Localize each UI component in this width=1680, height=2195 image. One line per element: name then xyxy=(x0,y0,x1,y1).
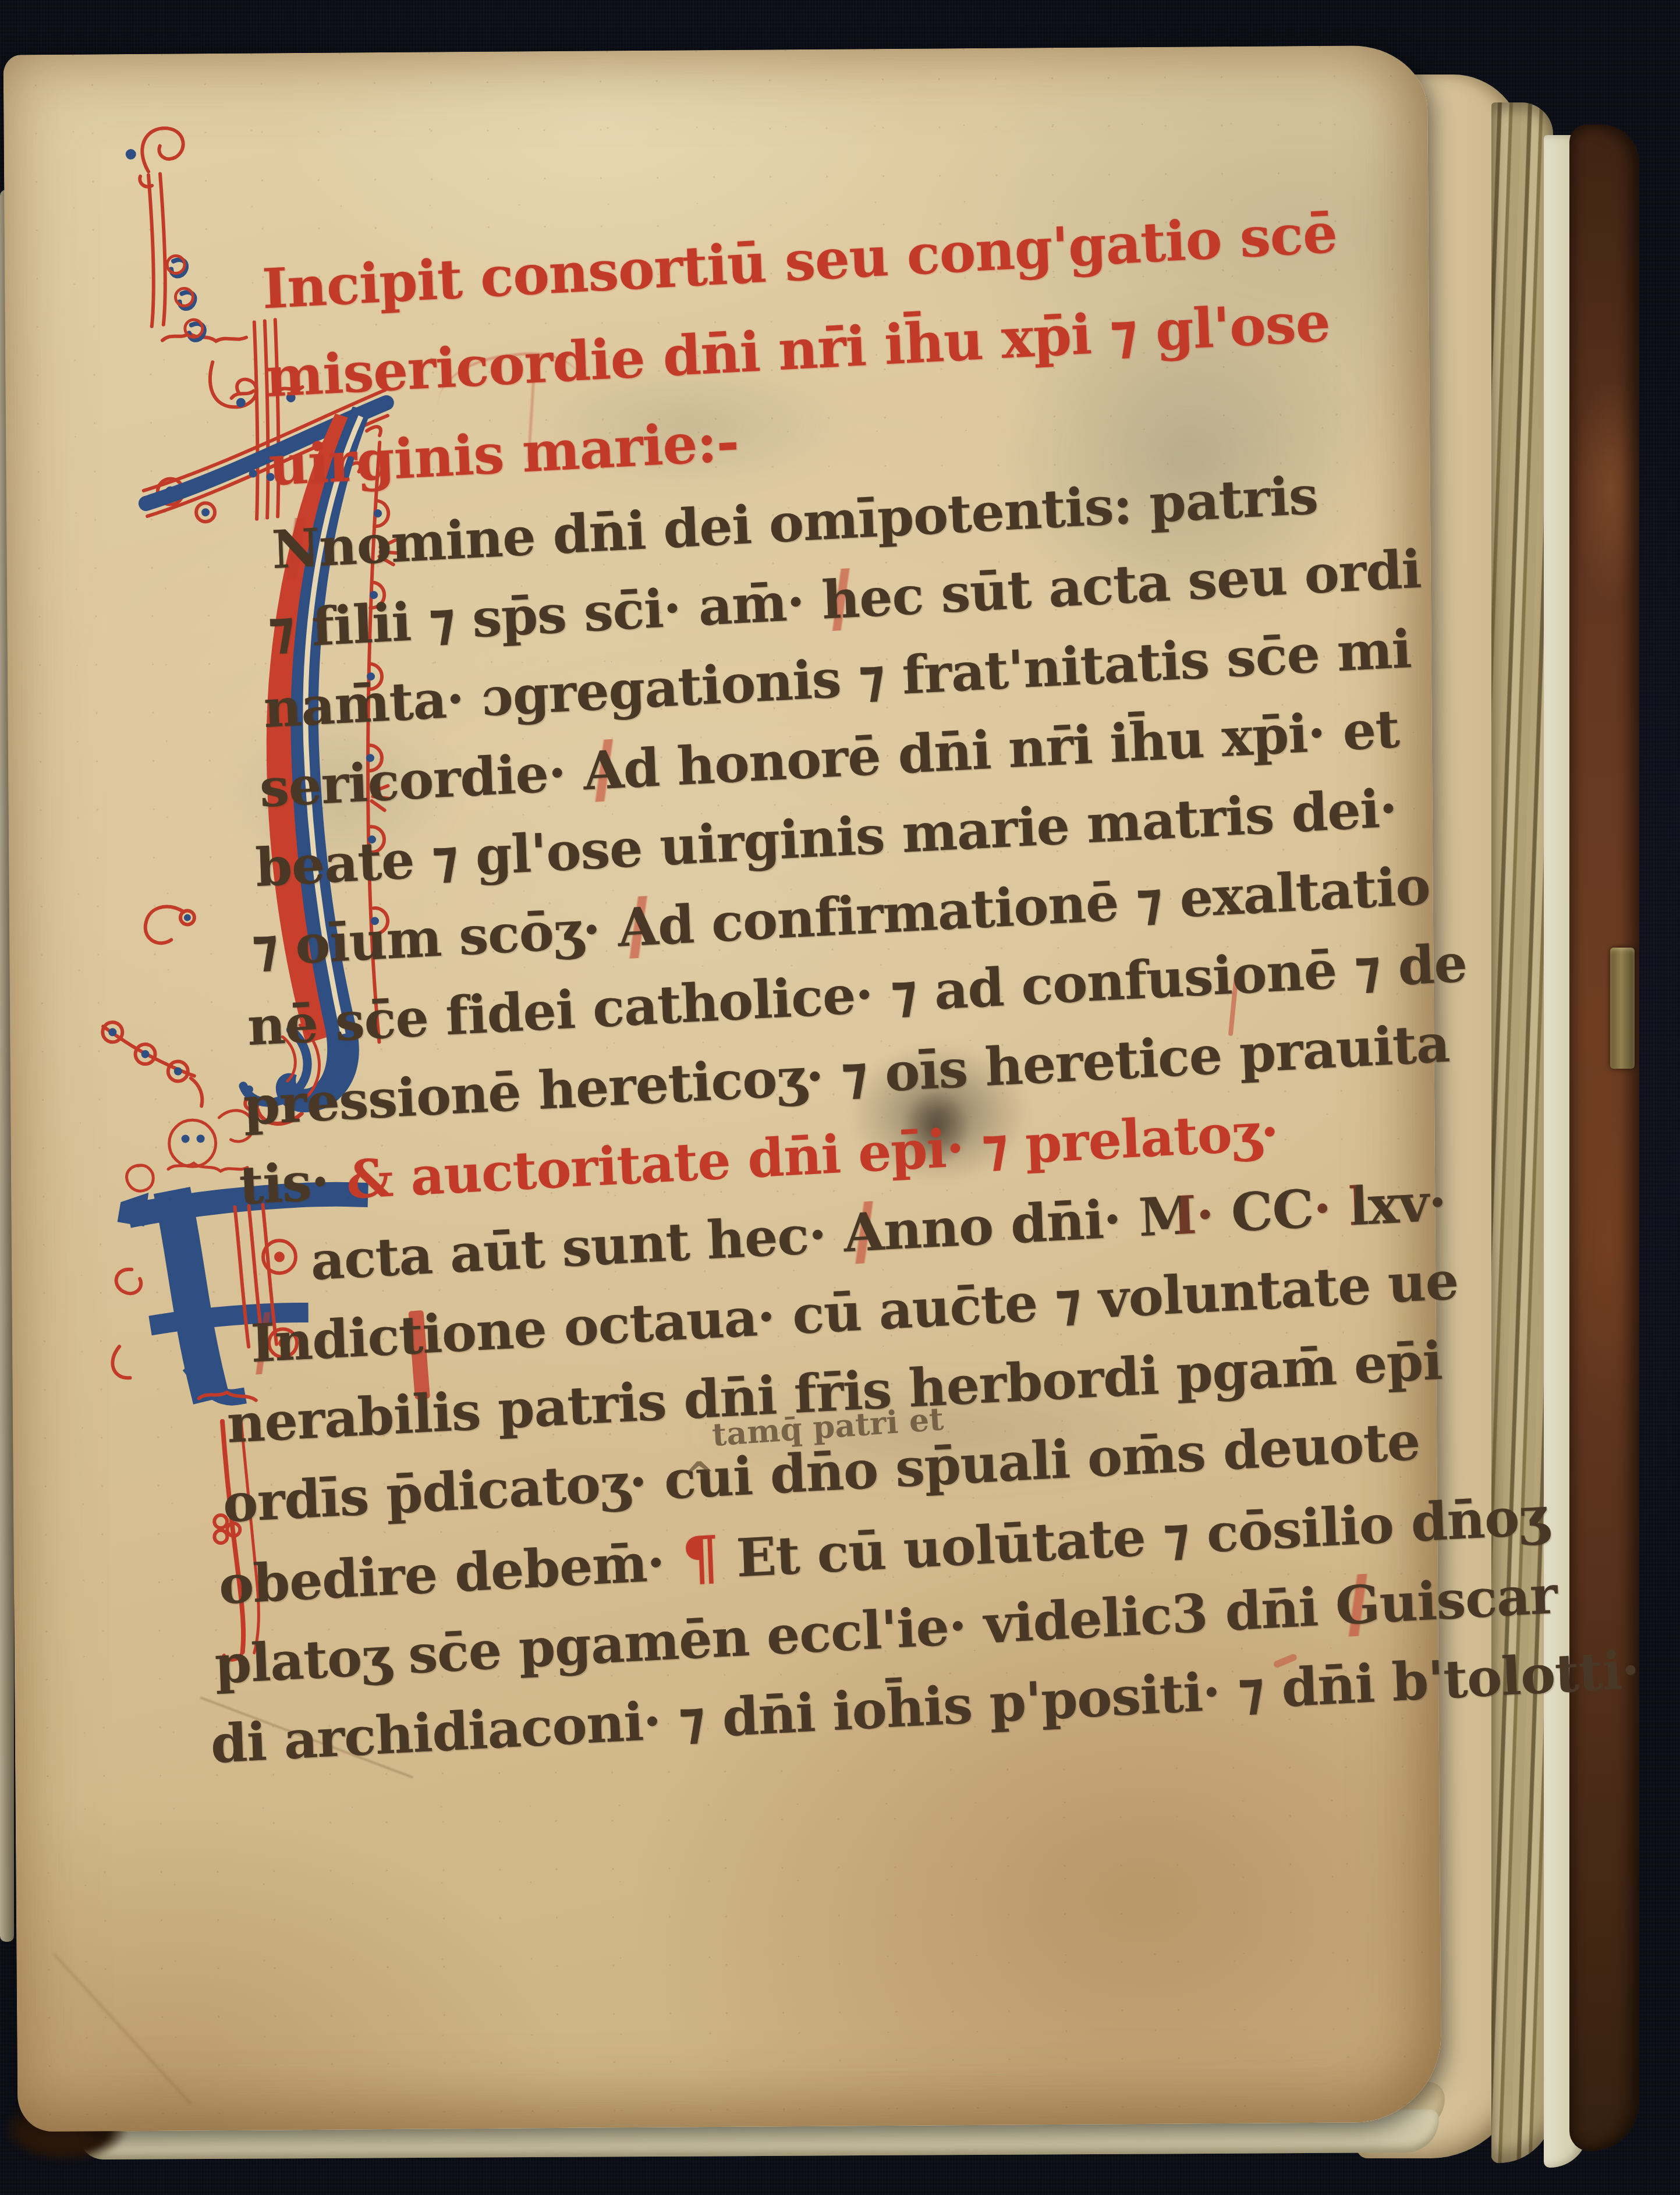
text-segment-pilcrow: ¶ xyxy=(680,1522,720,1593)
text-segment-cap: A xyxy=(842,1201,885,1265)
text-segment-cap: A xyxy=(616,895,659,959)
manuscript-page: I xyxy=(3,45,1442,2132)
text-segment-cap: I xyxy=(250,1312,276,1375)
text-segment-ink: ⁊ oīum scōʒ· xyxy=(250,898,619,978)
text-segment-ink: uiscar xyxy=(1378,1564,1558,1635)
text-segment-ink: tis· xyxy=(238,1150,348,1217)
text-segment-ink: nno dn̄i· xyxy=(882,1187,1140,1263)
clasp-fitting xyxy=(1610,948,1635,1069)
binding-leather-cover xyxy=(1569,125,1639,2151)
insertion-caret: ^ xyxy=(682,1452,716,1499)
parchment-crease xyxy=(52,1953,192,2105)
text-segment-cap: N xyxy=(271,517,320,581)
text-block: Incipit consortiū seu cong'gatio scēmise… xyxy=(261,190,1363,1778)
text-segment-cap: h xyxy=(821,568,860,631)
text-segment-cap: A xyxy=(582,739,625,803)
text-segment-cap: G xyxy=(1334,1573,1381,1637)
text-segment-ink: obedire debem̄· xyxy=(218,1530,683,1616)
rubric-block: Incipit consortiū seu cong'gatio scēmise… xyxy=(261,190,1317,510)
text-segment-num: M· CC· lxv· xyxy=(1137,1171,1447,1249)
text-segment-ink: sericordie· xyxy=(258,741,584,820)
body-block: Nnomine dn̄i dei omīpotentis: patris⁊ fi… xyxy=(271,456,1364,1779)
manuscript-photo: { "manuscript": { "rubric_lines": [ "Inc… xyxy=(0,0,1680,2195)
